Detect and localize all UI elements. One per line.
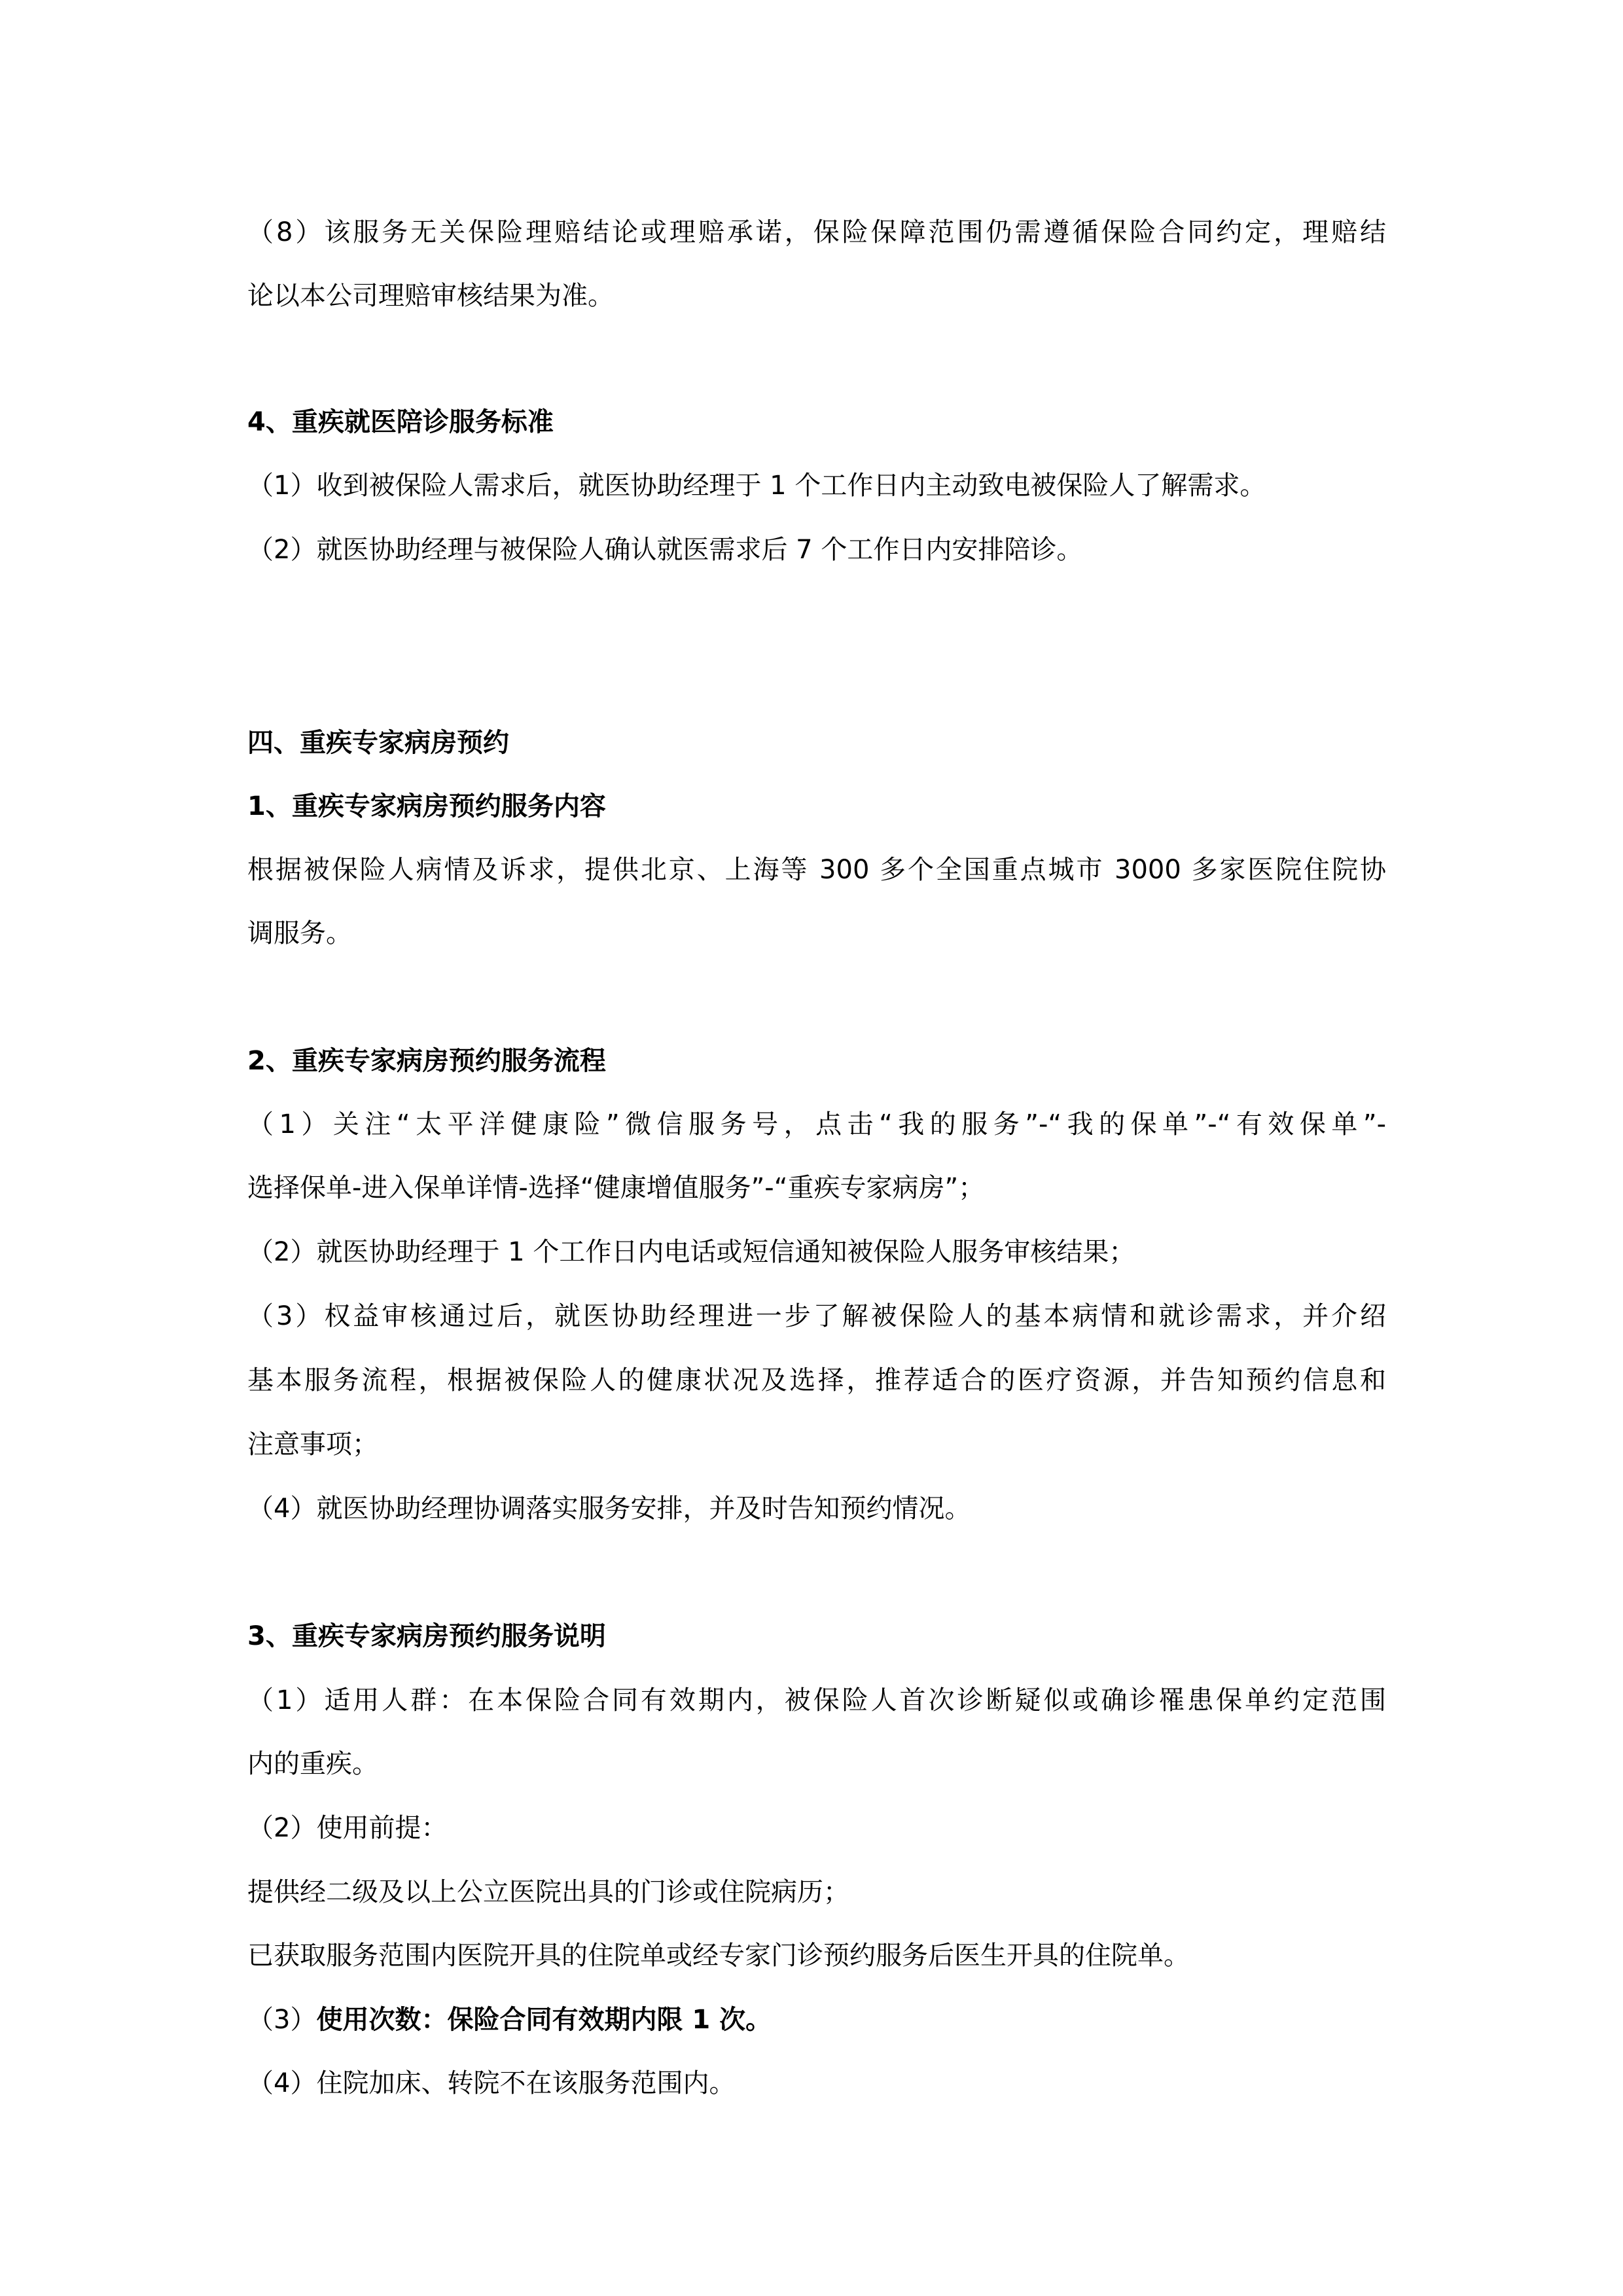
list-item-bold-text: 使用次数：保险合同有效期内限 1 次。 xyxy=(316,2005,772,2035)
list-item: （4）住院加床、转院不在该服务范围内。 xyxy=(247,2067,1386,2100)
sub-heading-2: 2、重疾专家病房预约服务流程 xyxy=(247,1045,1386,1077)
sub-heading-1: 1、重疾专家病房预约服务内容 xyxy=(247,790,1386,823)
list-item-continued: 注意事项； xyxy=(247,1428,1386,1461)
chapter-title: 四、重疾专家病房预约 xyxy=(247,726,1386,759)
list-item: （1）适用人群：在本保险合同有效期内，被保险人首次诊断疑似或确诊罹患保单约定范围 xyxy=(247,1684,1386,1717)
list-item-sub: 提供经二级及以上公立医院出具的门诊或住院病历； xyxy=(247,1876,1386,1909)
list-item: （2）就医协助经理与被保险人确认就医需求后 7 个工作日内安排陪诊。 xyxy=(247,533,1386,566)
list-item: （2）使用前提： xyxy=(247,1812,1386,1844)
sub-heading-3: 3、重疾专家病房预约服务说明 xyxy=(247,1620,1386,1653)
paragraph-line: 调服务。 xyxy=(247,917,1386,950)
list-item-continued: 内的重疾。 xyxy=(247,1748,1386,1780)
list-item: （4）就医协助经理协调落实服务安排，并及时告知预约情况。 xyxy=(247,1492,1386,1525)
paragraph-item8-line1: （8）该服务无关保险理赔结论或理赔承诺，保险保障范围仍需遵循保险合同约定，理赔结 xyxy=(247,216,1386,249)
list-item: （1）关注“太平洋健康险”微信服务号，点击“我的服务”-“我的保单”-“有效保单… xyxy=(247,1108,1386,1141)
list-item-continued: 基本服务流程，根据被保险人的健康状况及选择，推荐适合的医疗资源，并告知预约信息和 xyxy=(247,1364,1386,1397)
list-item: （3）权益审核通过后，就医协助经理进一步了解被保险人的基本病情和就诊需求，并介绍 xyxy=(247,1300,1386,1333)
paragraph-item8-line2: 论以本公司理赔审核结果为准。 xyxy=(247,279,1386,312)
list-item: （1）收到被保险人需求后，就医协助经理于 1 个工作日内主动致电被保险人了解需求… xyxy=(247,469,1386,502)
list-item: （2）就医协助经理于 1 个工作日内电话或短信通知被保险人服务审核结果； xyxy=(247,1236,1386,1268)
section-heading-4: 4、重疾就医陪诊服务标准 xyxy=(247,406,1386,439)
paragraph-line: 根据被保险人病情及诉求，提供北京、上海等 300 多个全国重点城市 3000 多… xyxy=(247,853,1386,886)
list-item-sub: 已获取服务范围内医院开具的住院单或经专家门诊预约服务后医生开具的住院单。 xyxy=(247,1939,1386,1972)
list-item-prefix: （3） xyxy=(247,2005,316,2035)
list-item-continued: 选择保单-进入保单详情-选择“健康增值服务”-“重疾专家病房”； xyxy=(247,1172,1386,1204)
list-item: （3）使用次数：保险合同有效期内限 1 次。 xyxy=(247,2003,1386,2036)
